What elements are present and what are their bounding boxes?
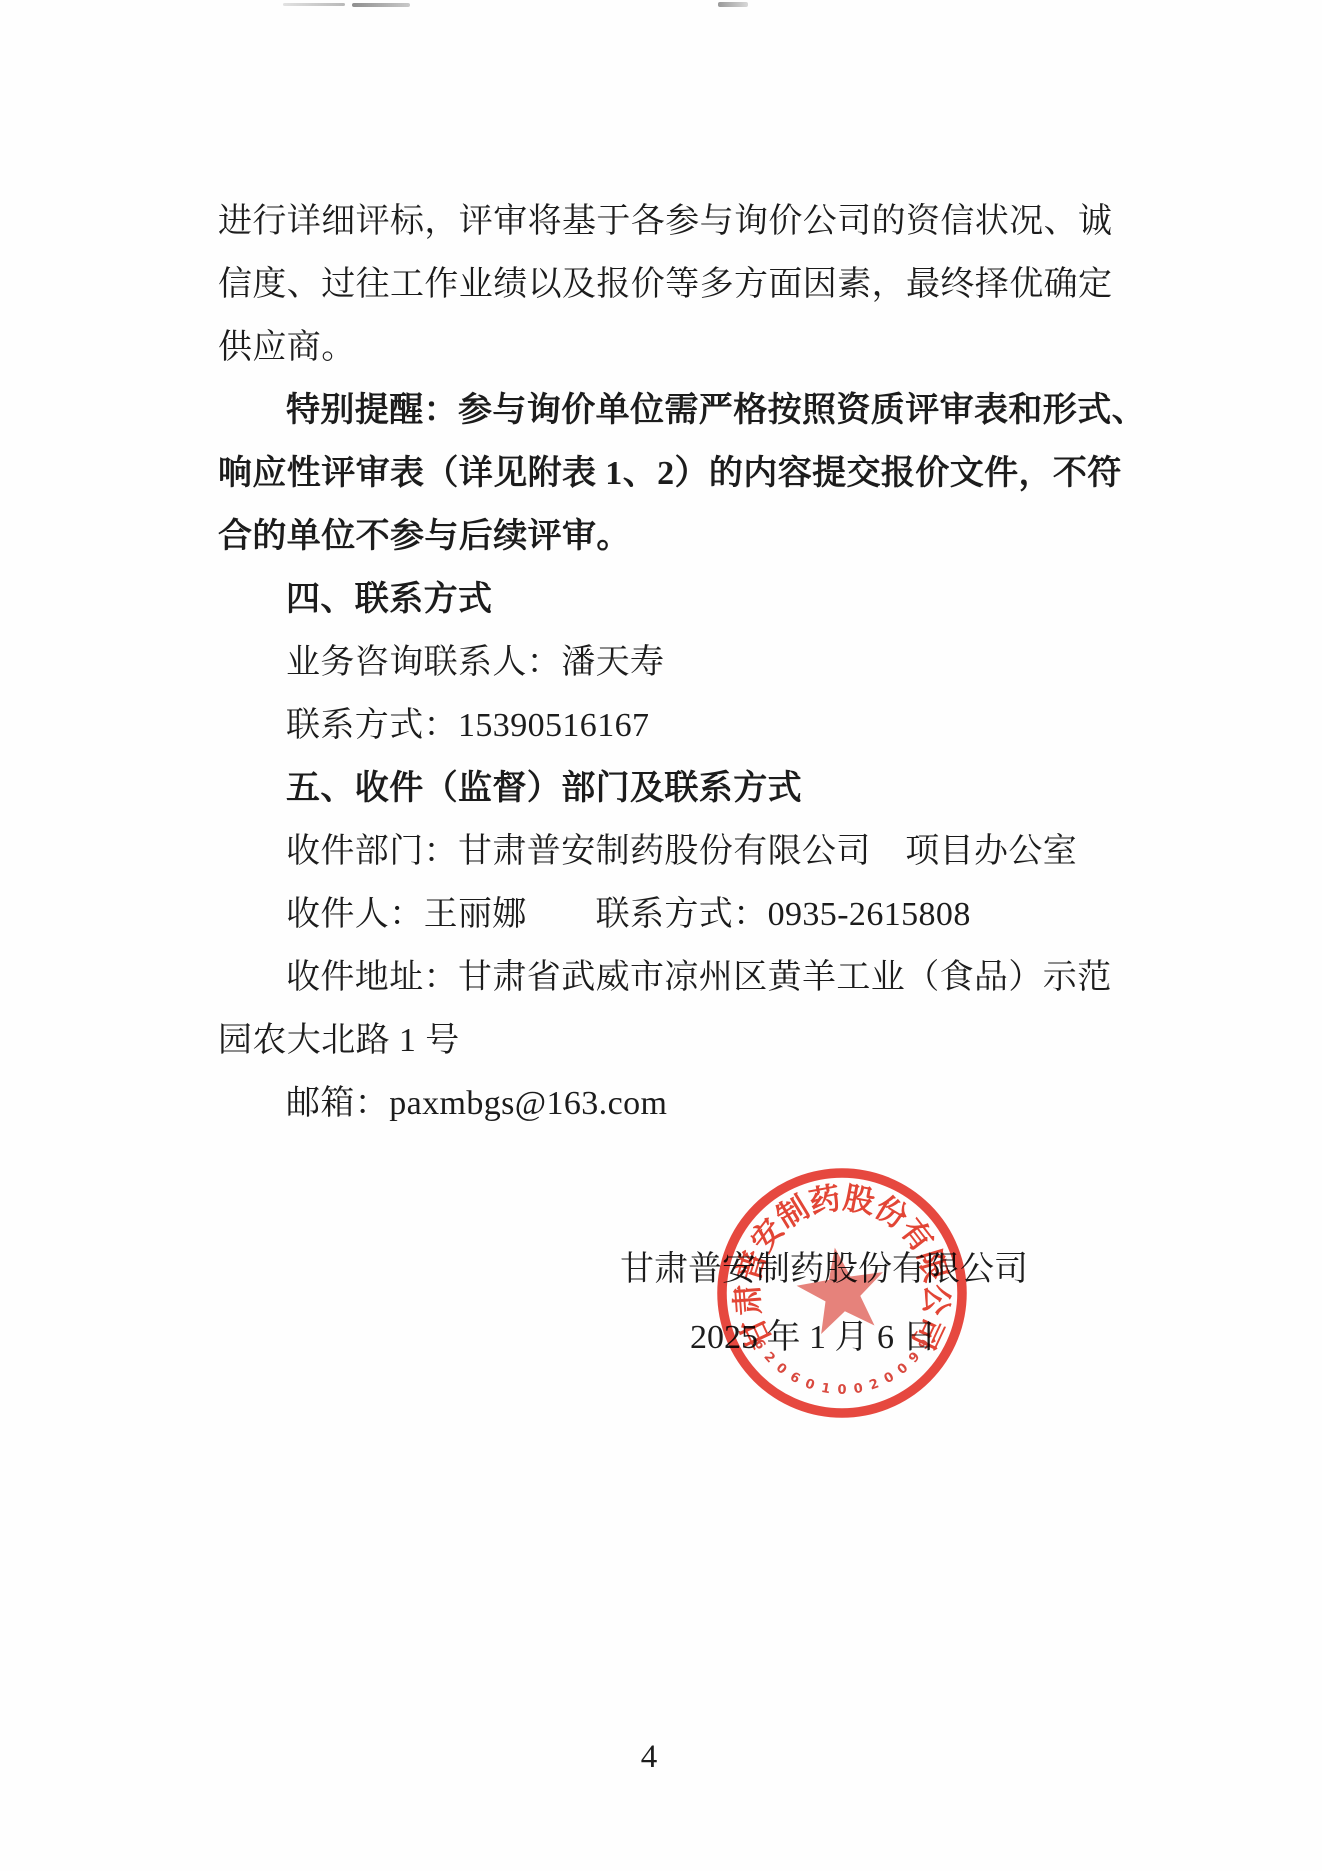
recipient-address-line: 收件地址：甘肃省武威市凉州区黄羊工业（食品）示范	[218, 946, 1118, 1009]
svg-text:2: 2	[761, 1349, 778, 1366]
recipient-address-line: 园农大北路 1 号	[218, 1009, 1118, 1072]
special-notice-line: 合的单位不参与后续评审。	[218, 505, 1118, 568]
contact-phone-line: 联系方式：15390516167	[218, 694, 1118, 757]
scan-artifact-line	[352, 3, 410, 7]
svg-text:0: 0	[853, 1381, 864, 1397]
svg-text:0: 0	[837, 1383, 846, 1398]
special-notice-line: 特别提醒：参与询价单位需严格按照资质评审表和形式、	[218, 379, 1118, 442]
body-line: 进行详细评标，评审将基于各参与询价公司的资信状况、诚	[218, 190, 1118, 253]
svg-text:0: 0	[882, 1370, 897, 1388]
document-page: 进行详细评标，评审将基于各参与询价公司的资信状况、诚 信度、过往工作业绩以及报价…	[0, 0, 1322, 1871]
recipient-person-line: 收件人：王丽娜 联系方式：0935-2615808	[218, 883, 1118, 946]
svg-text:9: 9	[906, 1349, 923, 1366]
svg-text:1: 1	[820, 1381, 831, 1397]
section-heading-contact: 四、联系方式	[218, 568, 1118, 631]
svg-text:公: 公	[918, 1283, 955, 1316]
company-seal: 甘肃普安制药股份有限公司 6206010020099	[710, 1161, 974, 1425]
svg-text:0: 0	[773, 1360, 789, 1377]
scan-artifact-line	[718, 2, 748, 7]
body-line: 信度、过往工作业绩以及报价等多方面因素，最终择优确定	[218, 253, 1118, 316]
recipient-department-line: 收件部门：甘肃普安制药股份有限公司 项目办公室	[218, 820, 1118, 883]
svg-text:0: 0	[803, 1376, 817, 1393]
svg-text:0: 0	[895, 1360, 911, 1377]
scan-artifact-line	[283, 3, 345, 6]
body-line: 供应商。	[218, 316, 1118, 379]
seal-serial-number: 6206010020099	[751, 1337, 934, 1398]
svg-text:药: 药	[806, 1180, 843, 1220]
seal-star-icon	[792, 1241, 891, 1337]
special-notice-line: 响应性评审表（详见附表 1、2）的内容提交报价文件，不符	[218, 442, 1118, 505]
page-number: 4	[599, 1738, 699, 1776]
section-heading-recipient: 五、收件（监督）部门及联系方式	[218, 757, 1118, 820]
email-line: 邮箱：paxmbgs@163.com	[218, 1072, 1118, 1135]
body-text-block: 进行详细评标，评审将基于各参与询价公司的资信状况、诚 信度、过往工作业绩以及报价…	[218, 190, 1118, 1135]
business-contact-line: 业务咨询联系人：潘天寿	[218, 631, 1118, 694]
svg-text:肃: 肃	[729, 1283, 766, 1316]
svg-text:2: 2	[868, 1376, 882, 1393]
svg-text:6: 6	[787, 1370, 802, 1388]
